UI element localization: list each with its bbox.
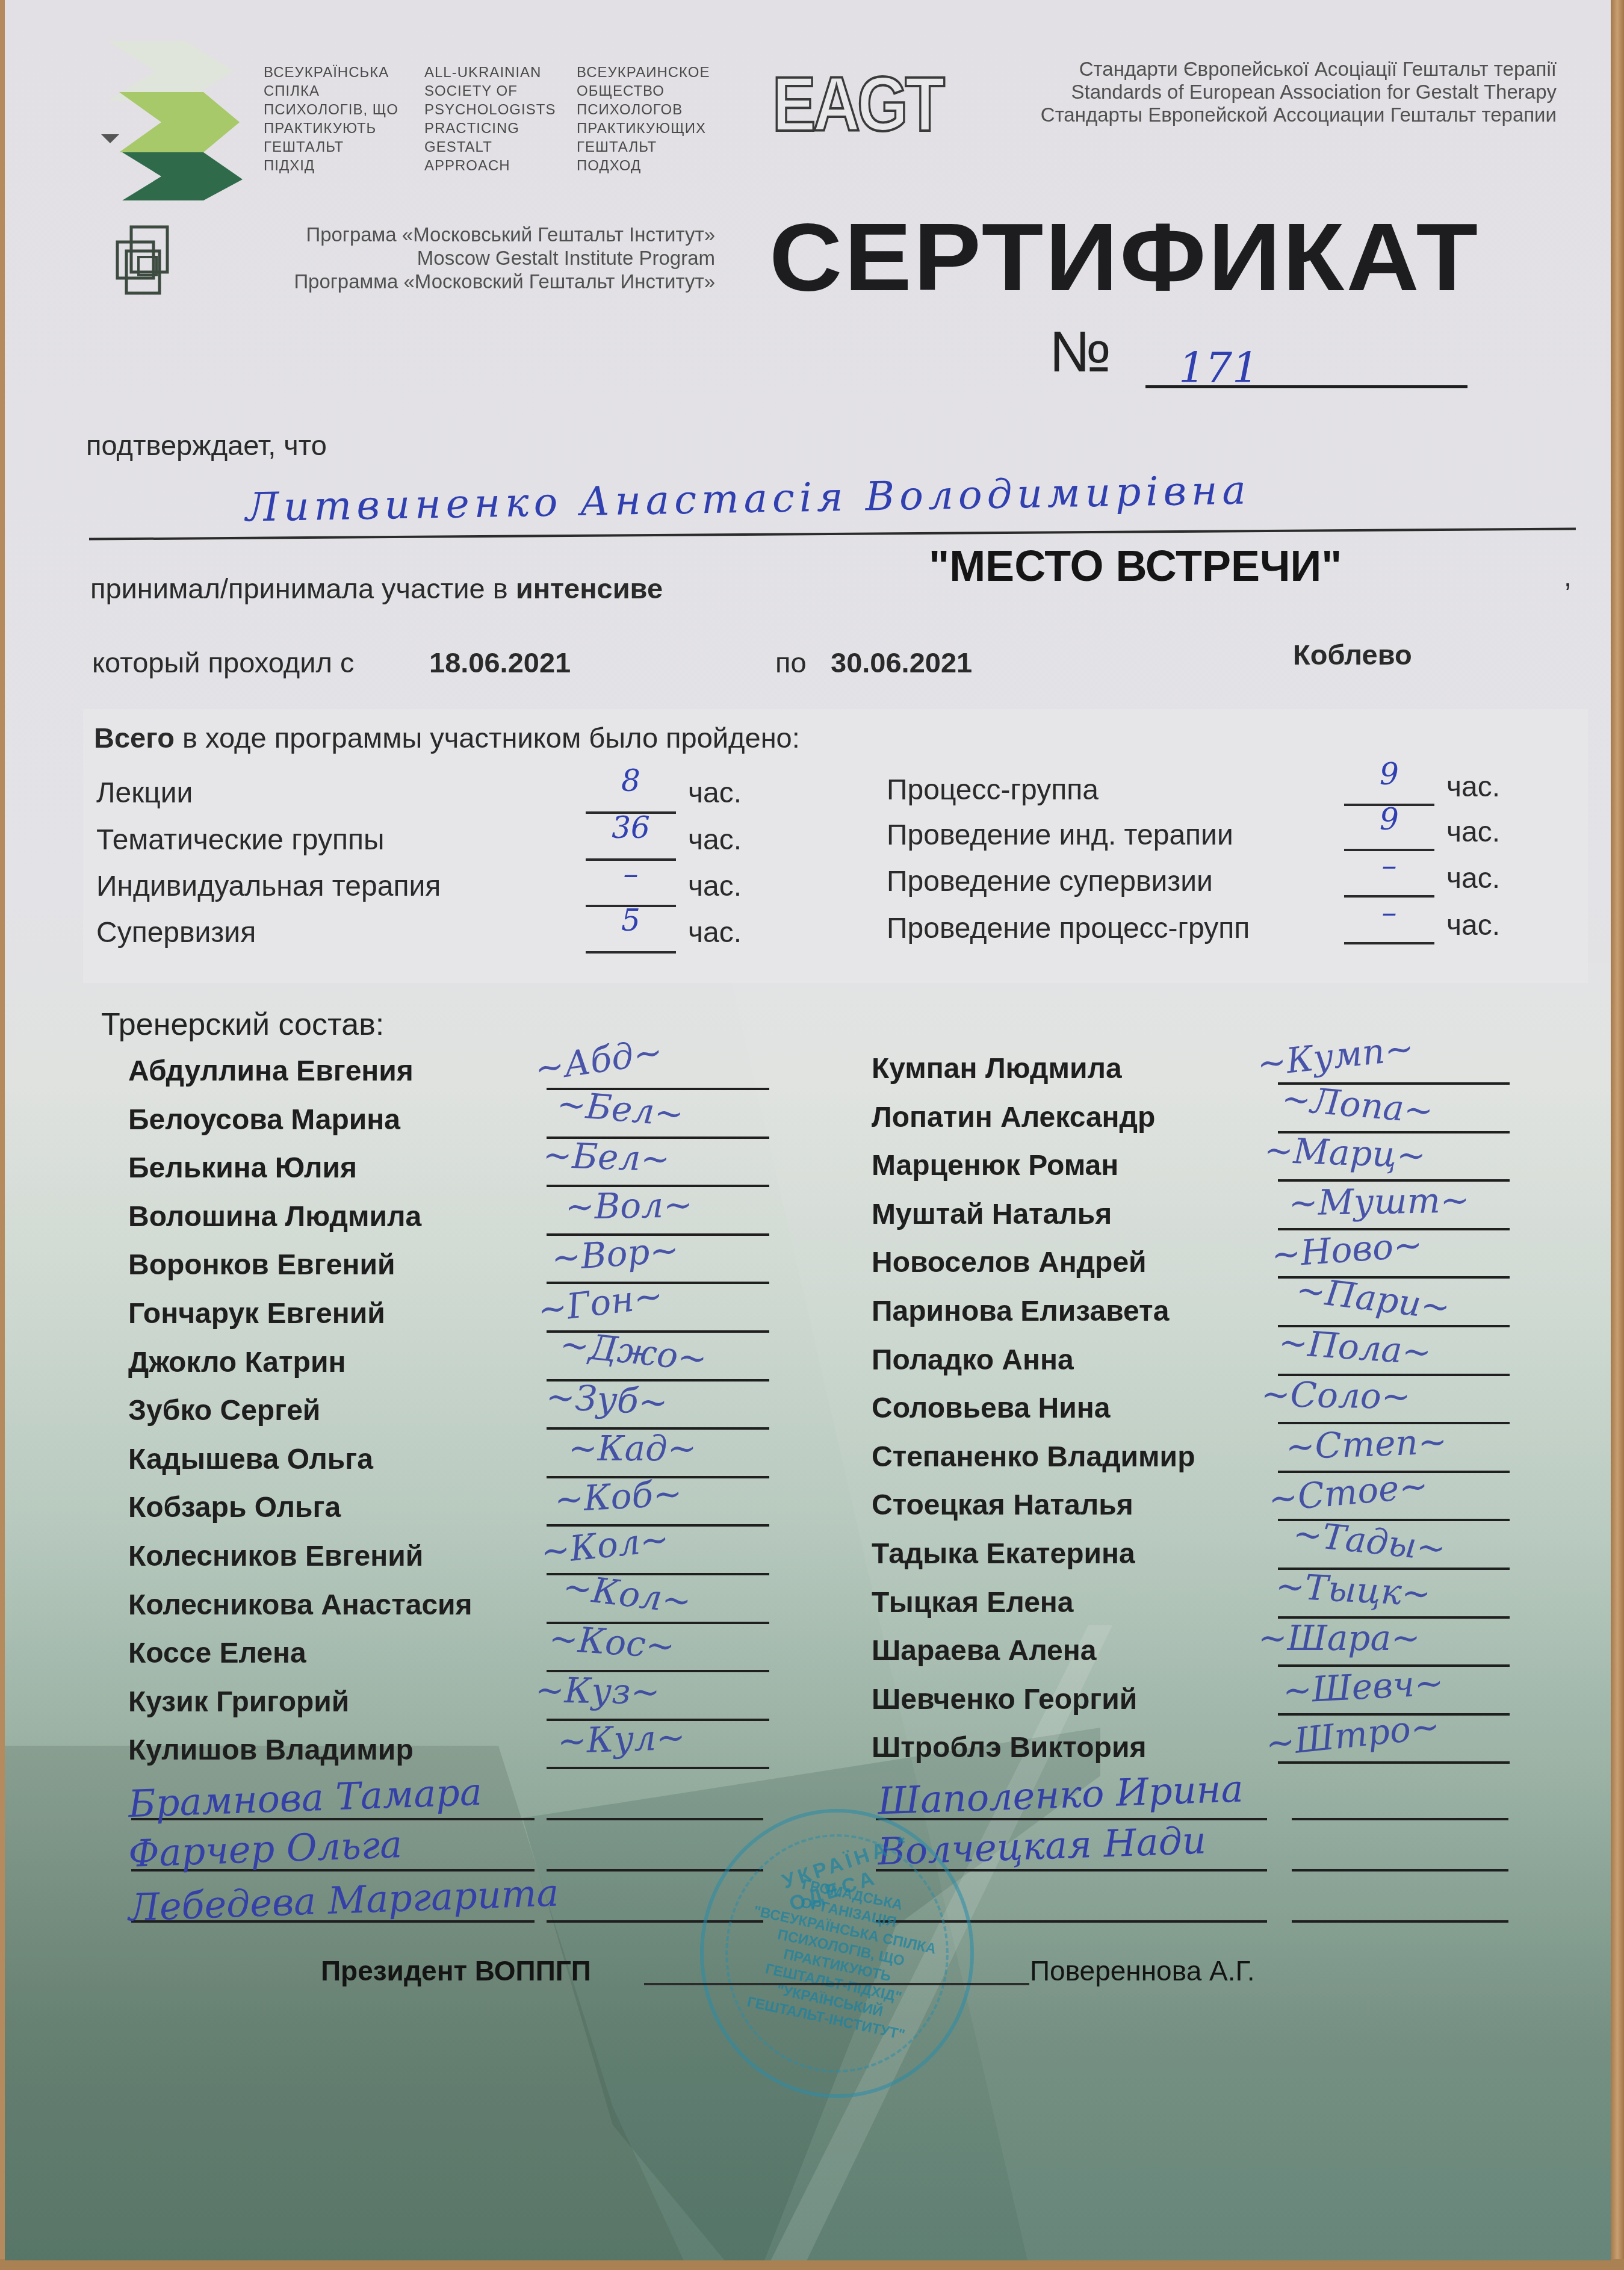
- participated-text: принимал/принимала участие в интенсиве: [90, 572, 663, 605]
- trainer-signature: ~Стое~: [1267, 1465, 1430, 1520]
- hours-label: Проведение инд. терапии: [887, 819, 1233, 852]
- hours-unit: час.: [688, 823, 742, 857]
- trainer-name: Кузик Григорий: [128, 1685, 349, 1719]
- hours-blank-line: [586, 951, 676, 954]
- trainer-name: Марценюк Роман: [872, 1149, 1118, 1182]
- trainer-name: Шараева Алена: [872, 1634, 1096, 1667]
- org-name-english: All-UkrainianSociety ofPsychologistsPrac…: [424, 63, 556, 175]
- trainers-title: Тренерский состав:: [101, 1006, 384, 1043]
- hours-label: Проведение супервизии: [887, 865, 1213, 898]
- trainer-name: Коссе Елена: [128, 1637, 306, 1670]
- trainer-name: Тадыка Екатерина: [872, 1537, 1135, 1571]
- participant-name: Литвиненко Анастасія Володимирівна: [245, 467, 1251, 530]
- trainer-signature: ~Шара~: [1258, 1617, 1421, 1658]
- trainer-signature: ~Пола~: [1277, 1321, 1433, 1373]
- trainer-name: Волошина Людмила: [128, 1200, 421, 1233]
- hours-value: –: [1344, 895, 1434, 930]
- number-underline: [1145, 385, 1467, 388]
- hours-unit: час.: [1446, 909, 1500, 942]
- hours-intro: Всего в ходе программы участником было п…: [94, 721, 800, 754]
- certificate-paper: ВсеукраїнськаСпілкаПсихологів, щоПрактик…: [5, 0, 1611, 2260]
- hours-value: 5: [586, 903, 676, 938]
- trainer-name: Новоселов Андрей: [872, 1246, 1147, 1279]
- hours-value: 9: [1344, 757, 1434, 792]
- official-stamp: УКРАЇНА * ОДЕСА ГРОМАДСЬКАОРГАНІЗАЦІЯ"ВС…: [700, 1809, 974, 2098]
- wood-surface-right: [1611, 0, 1624, 2270]
- trainer-name: Шевченко Георгий: [872, 1683, 1137, 1716]
- comma: ,: [1564, 560, 1572, 593]
- hours-label: Индивидуальная терапия: [96, 870, 441, 903]
- event-name: "МЕСТО ВСТРЕЧИ": [929, 542, 1342, 591]
- extra-signature-line: [1292, 1818, 1508, 1820]
- trainer-name: Соловьева Нина: [872, 1392, 1110, 1425]
- hours-label: Проведение процесс-групп: [887, 912, 1250, 945]
- trainer-signature: ~Шевч~: [1282, 1662, 1445, 1711]
- trainer-name: Кадышева Ольга: [128, 1443, 373, 1476]
- certificate-title: СЕРТИФИКАТ: [769, 202, 1480, 312]
- trainer-name: Белоусова Марина: [128, 1103, 400, 1137]
- org-name-ukrainian: ВсеукраїнськаСпілкаПсихологів, щоПрактик…: [264, 63, 398, 175]
- trainer-signature: ~Бел~: [555, 1083, 685, 1135]
- extra-signature-line: [1292, 1869, 1508, 1872]
- trainer-name: Кобзарь Ольга: [128, 1491, 341, 1524]
- trainer-name: Колесников Евгений: [128, 1540, 423, 1573]
- hours-label: Лекции: [96, 777, 193, 810]
- trainer-signature: ~Кос~: [548, 1617, 677, 1667]
- trainer-name: Тыцкая Елена: [872, 1586, 1074, 1619]
- trainer-name: Стоецкая Наталья: [872, 1489, 1133, 1522]
- signature-line: [1278, 1761, 1510, 1764]
- trainer-name: Зубко Сергей: [128, 1394, 320, 1427]
- trainer-signature: ~Кумп~: [1255, 1028, 1416, 1085]
- trainer-signature: ~Лопа~: [1280, 1078, 1435, 1132]
- to-label: по: [775, 646, 807, 679]
- trainer-signature: ~Марц~: [1263, 1130, 1427, 1176]
- mgi-squares-logo-icon: [114, 224, 190, 299]
- hours-value: 36: [586, 810, 676, 845]
- trainer-signature: ~Соло~: [1260, 1374, 1410, 1417]
- trainer-signature: ~Мушт~: [1288, 1179, 1469, 1223]
- trainer-name: Гончарук Евгений: [128, 1297, 385, 1330]
- hours-value: 8: [586, 763, 676, 798]
- trainer-name: Белькина Юлия: [128, 1152, 357, 1185]
- hours-unit: час.: [1446, 771, 1500, 804]
- trainer-signature: ~Абд~: [532, 1031, 665, 1089]
- trainer-name: Штроблэ Виктория: [872, 1731, 1146, 1764]
- trainer-signature: ~Коб~: [553, 1473, 683, 1521]
- number-sign: №: [1049, 319, 1111, 385]
- hours-unit: час.: [1446, 862, 1500, 895]
- wood-surface-bottom: [0, 2259, 1624, 2270]
- extra-signature-line: [547, 1818, 763, 1820]
- eagt-standards-text: Стандарти Європейської Асоціації Гешталь…: [1041, 58, 1557, 126]
- org-name-russian: ВсеукраинскоеОбществоПсихологовПрактикую…: [577, 63, 710, 175]
- trainer-name: Лопатин Александр: [872, 1101, 1155, 1134]
- trainer-signature: ~Ново~: [1270, 1224, 1424, 1276]
- date-from: 18.06.2021: [429, 646, 571, 679]
- trainer-signature: ~Бел~: [542, 1135, 671, 1180]
- hours-value: –: [1344, 848, 1434, 883]
- trainer-name: Поладко Анна: [872, 1344, 1074, 1377]
- extra-signature-line: [1292, 1920, 1508, 1923]
- trainer-name: Паринова Елизавета: [872, 1295, 1169, 1328]
- president-name: Повереннова А.Г.: [1030, 1955, 1255, 1987]
- hours-unit: час.: [688, 916, 742, 949]
- date-to: 30.06.2021: [831, 646, 972, 679]
- hours-label: Процесс-группа: [887, 774, 1099, 807]
- trainer-signature: ~Зуб~: [545, 1376, 669, 1423]
- trainer-name: Кулишов Владимир: [128, 1734, 414, 1767]
- hours-value: 9: [1344, 802, 1434, 837]
- held-label: который проходил с: [92, 646, 355, 679]
- trainer-signature: ~Тыцк~: [1274, 1565, 1431, 1614]
- trainer-name: Колесникова Анастасия: [128, 1589, 473, 1622]
- mgi-program-text: Програма «Московський Гештальт Інститут»…: [215, 223, 715, 293]
- trainer-name: Воронков Евгений: [128, 1248, 395, 1282]
- trainer-signature: ~Вор~: [550, 1229, 680, 1279]
- org-chevron-logo-icon: [95, 35, 246, 203]
- trainer-name: Муштай Наталья: [872, 1198, 1112, 1231]
- location: Коблево: [1293, 638, 1412, 671]
- hours-unit: час.: [688, 870, 742, 903]
- trainer-name: Степаненко Владимир: [872, 1440, 1195, 1474]
- handwritten-trainer-name: Шаполенко Ирина: [877, 1766, 1244, 1823]
- trainer-name: Кумпан Людмила: [872, 1052, 1122, 1085]
- hours-unit: час.: [1446, 816, 1500, 849]
- president-signature-line: [644, 1983, 1029, 1985]
- trainer-name: Абдуллина Евгения: [128, 1055, 414, 1088]
- hours-label: Тематические группы: [96, 823, 384, 857]
- trainer-signature: ~Вол~: [565, 1184, 693, 1227]
- handwritten-trainer-name: Фарчер Ольга: [128, 1822, 403, 1876]
- trainer-signature: ~Куз~: [535, 1669, 660, 1713]
- trainer-signature: ~Кад~: [568, 1428, 696, 1469]
- trainer-signature: ~Кул~: [557, 1717, 686, 1762]
- trainer-signature: ~Степ~: [1285, 1421, 1448, 1467]
- hours-unit: час.: [688, 777, 742, 810]
- hours-value: –: [586, 857, 676, 892]
- hours-label: Супервизия: [96, 916, 256, 949]
- president-label: Президент ВОППГП: [321, 1955, 591, 1987]
- trainer-name: Джокло Катрин: [128, 1346, 346, 1379]
- signature-line: [547, 1767, 769, 1769]
- hours-blank-line: [1344, 942, 1434, 944]
- eagt-logo: EAGT: [772, 60, 942, 149]
- confirms-text: подтверждает, что: [86, 429, 327, 462]
